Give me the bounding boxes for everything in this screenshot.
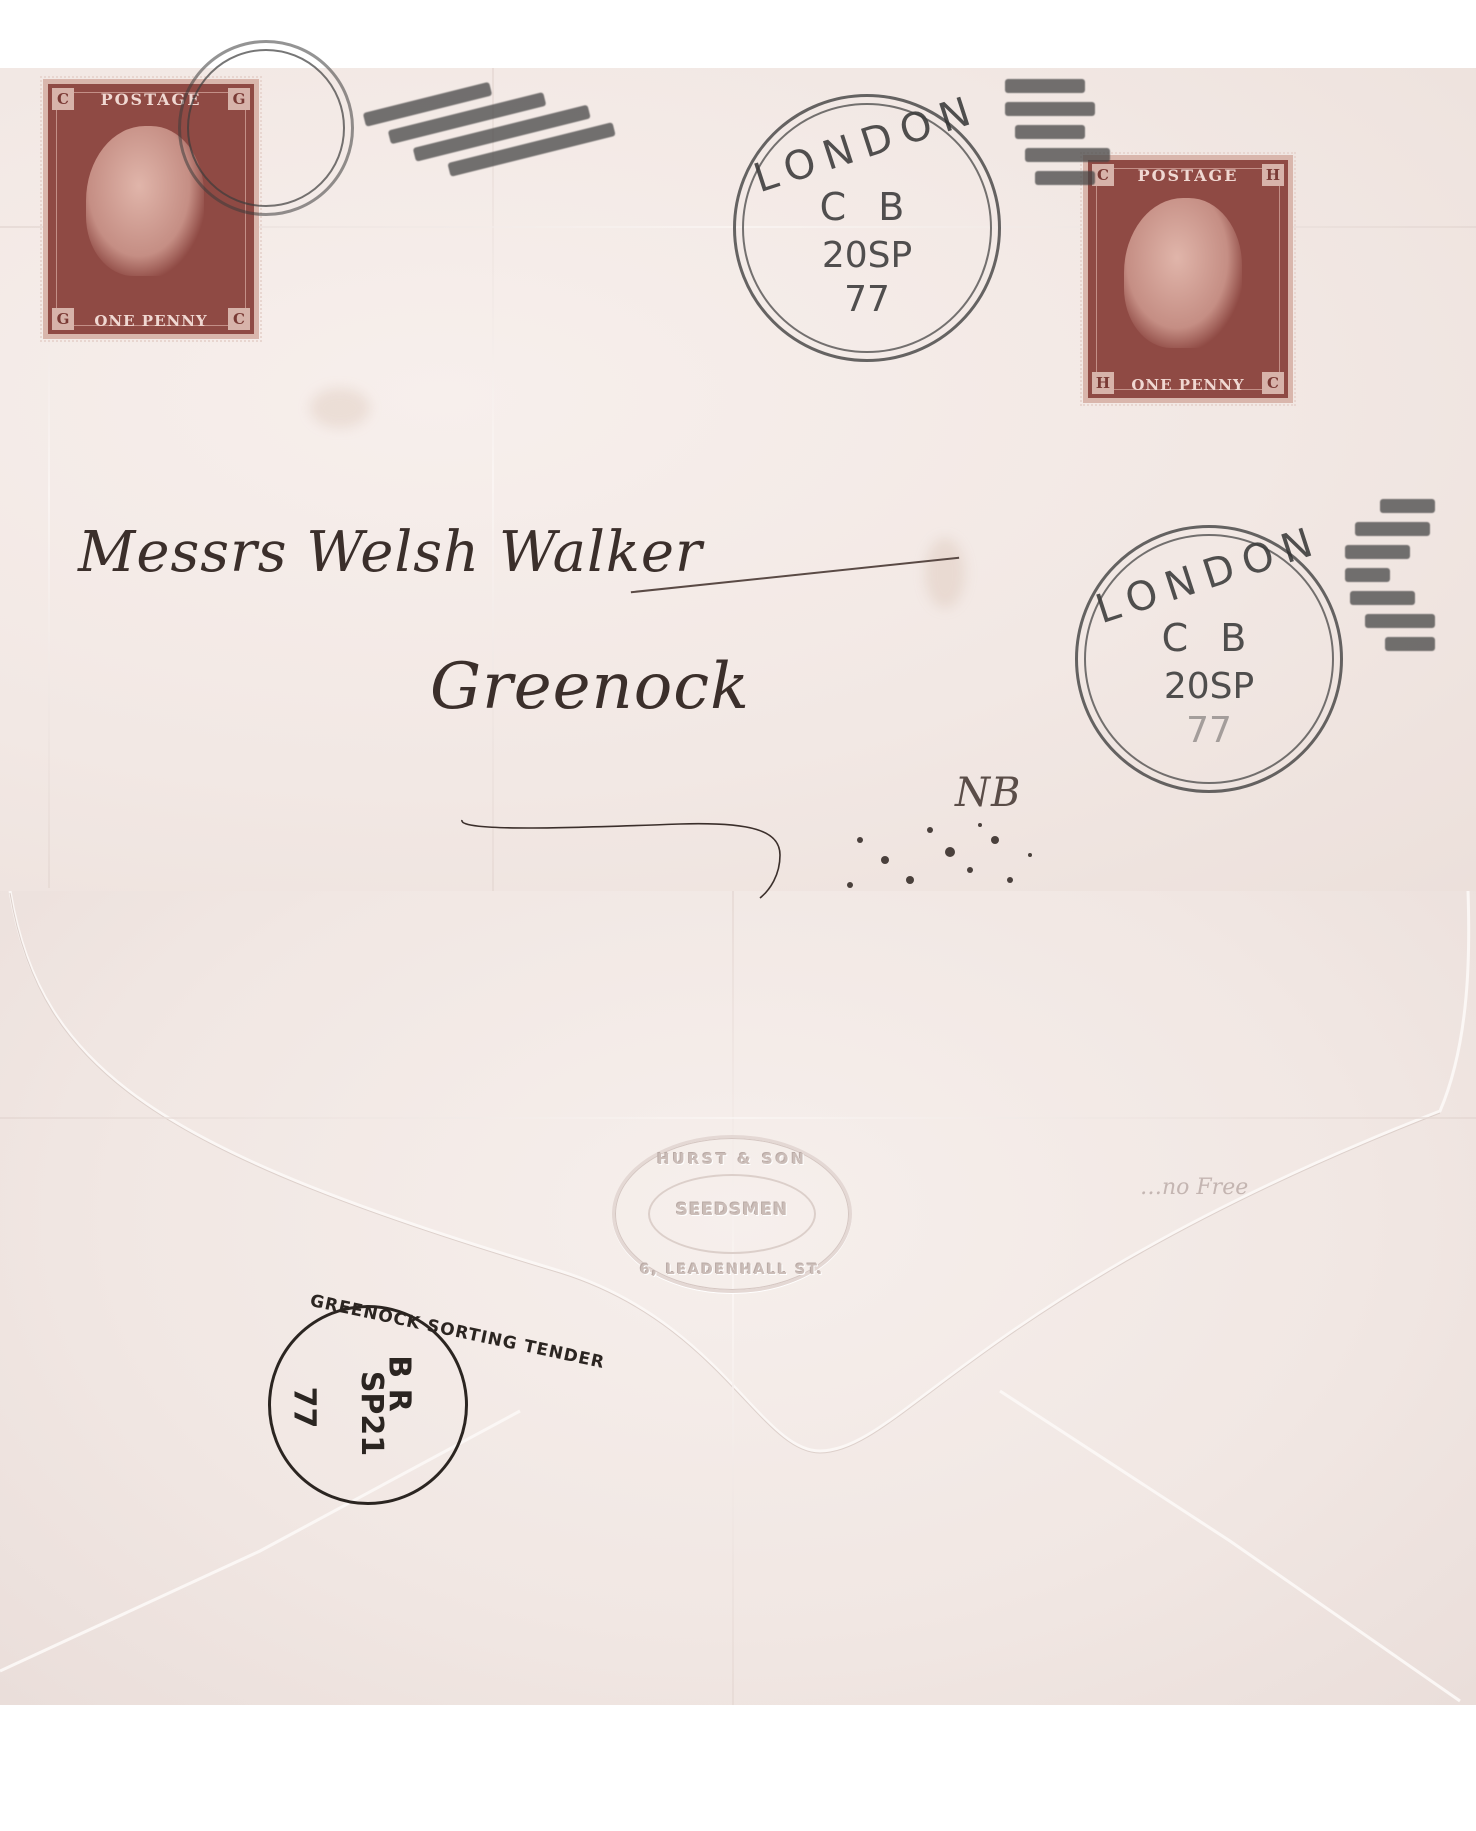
stamp-corner-letter: H xyxy=(1262,164,1284,186)
postmark-office: C B xyxy=(736,185,998,229)
postmark-partial xyxy=(178,40,354,216)
postmark-london-2: LONDON C B 20SP 77 xyxy=(1075,525,1343,793)
embossed-seal-hurst-son: HURST & SON SEEDSMEN 6, LEADENHALL ST. xyxy=(612,1135,852,1293)
underline-flourish xyxy=(450,810,810,900)
seal-address: 6, LEADENHALL ST. xyxy=(615,1262,849,1278)
postmark-office: C B xyxy=(1078,616,1340,660)
seal-trade: SEEDSMEN xyxy=(615,1200,849,1220)
postmark-year: 77 xyxy=(1078,710,1340,751)
stain xyxy=(310,388,370,428)
postmark-date: 20SP xyxy=(1078,666,1340,707)
seal-firm-name: HURST & SON xyxy=(615,1150,849,1168)
stamp-value-label: ONE PENNY xyxy=(1116,376,1260,394)
queen-profile-icon xyxy=(1124,198,1242,348)
stamp-one-penny-red-2: C H H C POSTAGE ONE PENNY xyxy=(1088,160,1288,398)
killer-cancel-bars xyxy=(1345,490,1455,660)
stamp-value-label: ONE PENNY xyxy=(76,312,226,330)
envelope-flap-lines xyxy=(0,891,1476,1705)
ink-spatter xyxy=(820,800,1060,895)
stamp-corner-letter: H xyxy=(1092,372,1114,394)
fold-line xyxy=(492,68,494,891)
stain xyxy=(925,538,965,608)
killer-cancel-bars xyxy=(1005,70,1115,194)
cover-back xyxy=(0,891,1476,1705)
postmark-year: 77 xyxy=(286,1387,321,1429)
stamp-corner-letter: C xyxy=(52,88,74,110)
postmark-date: 20SP xyxy=(736,235,998,276)
stamp-corner-letter: G xyxy=(52,308,74,330)
pencil-note: …no Free xyxy=(1140,1175,1248,1200)
fold-line xyxy=(0,1117,1476,1119)
postmark-date: SP21 xyxy=(354,1371,389,1456)
fold-line xyxy=(732,891,734,1705)
stamp-corner-letter: C xyxy=(228,308,250,330)
address-line-town: Greenock xyxy=(430,650,750,724)
postmark-year: 77 xyxy=(736,279,998,320)
postmark-london-1: LONDON C B 20SP 77 xyxy=(733,94,1001,362)
address-line-addressee: Messrs Welsh Walker xyxy=(78,520,703,585)
stamp-corner-letter: C xyxy=(1262,372,1284,394)
postmark-greenock-sorting-tender: GREENOCK SORTING TENDER B R SP21 77 xyxy=(268,1305,468,1505)
stamp-top-label: POSTAGE xyxy=(1118,166,1258,185)
